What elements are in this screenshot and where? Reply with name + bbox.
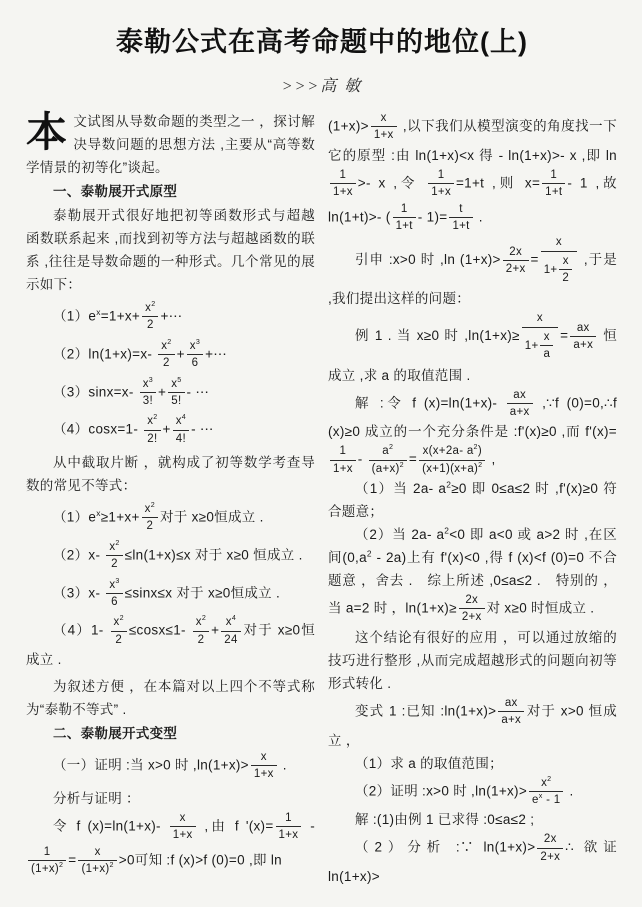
formula-line: （2）x- x22≤ln(1+x)≤x 对于 x≥0 恒成立 . [26,539,315,573]
fraction: 11+x [330,168,356,200]
drop-cap: 本 [26,112,67,152]
fraction: x1+x [170,811,196,843]
paragraph: 分析与证明 ： [26,787,315,810]
paragraph: 这个结论有很好的应用 ，可以通过放缩的技巧进行整形 ,从而完成超越形式的问题向初… [328,626,617,695]
formula-line: （4）cosx=1- x22!+x44!- ⋯ [26,413,315,447]
fraction: x2 [559,254,572,286]
fraction: xa [540,330,553,362]
fraction: x2ex - 1 [529,776,563,808]
fraction: x(1+x)2 [78,845,116,877]
paragraph: 泰勒展开式很好地把初等函数形式与超越函数联系起来 ,而找到初等方法与超越函数的联… [26,204,315,296]
paragraph: （2）当 2a- a2<0 即 a<0 或 a>2 时 ,在区间(0,a2 - … [328,523,617,626]
fraction: axa+x [507,388,533,420]
fraction: 11+x [428,168,454,200]
fraction: x36 [106,578,122,610]
paragraph: （2）证明 :x>0 时 ,ln(1+x)>x2ex - 1 . [328,775,617,809]
formula-line: （4）1- x22≤cosx≤1- x22+x424对于 x≥0恒成立 . [26,614,315,671]
fraction: 11+t [393,202,416,234]
fraction: axa+x [570,321,596,353]
article-columns: 本文试图从导数命题的类型之一 ，探讨解决导数问题的思想方法 ,主要从“高等数学情… [26,110,618,888]
fraction: 1(1+x)2 [28,845,66,877]
formula-line: （2）ln(1+x)=x- x22+x36+⋯ [26,338,315,372]
formula-line: （1）ex=1+x+x22+⋯ [26,300,315,334]
fraction: x22 [193,615,209,647]
paragraph: 例 1 . 当 x≥0 时 ,ln(1+x)≥x1+xa=axa+x 恒成立 ,… [328,310,617,386]
fraction: t1+t [449,202,472,234]
fraction: 2x2+x [459,593,485,625]
lead-paragraph: 本文试图从导数命题的类型之一 ，探讨解决导数问题的思想方法 ,主要从“高等数学情… [26,110,315,179]
fraction: x22 [142,502,158,534]
article-page: 泰勒公式在高考命题中的地位(上) >>>高 敏 本文试图从导数命题的类型之一 ，… [0,0,642,907]
paragraph: （1）求 a 的取值范围； [328,752,617,775]
fraction: x55! [168,377,184,409]
paragraph: 解 :(1)由例 1 已求得 :0≤a≤2 ; [328,808,617,831]
paragraph: (1+x)>x1+x ,以下我们从模型演变的角度找一下它的原型 :由 ln(1+… [328,110,617,234]
paragraph: 令 f (x)=ln(1+x)- x1+x ,由 f '(x)=11+x - 1… [26,810,315,878]
fraction: x1+x [251,750,277,782]
formula-line: （3）sinx=x- x33!+x55!- ⋯ [26,376,315,410]
right-column: (1+x)>x1+x ,以下我们从模型演变的角度找一下它的原型 :由 ln(1+… [328,110,617,888]
paragraph: 从中截取片断 ，就构成了初等数学考查导数的常见不等式： [26,451,315,497]
fraction: x1+x2 [541,235,577,286]
fraction: x22 [106,540,122,572]
fraction: a2(a+x)2 [369,444,407,476]
fraction: 11+t [542,168,565,200]
fraction: x1+x [371,111,397,143]
paragraph: 解 :令 f (x)=ln(1+x)- axa+x ,∵f (0)=0,∴f (… [328,387,617,478]
paragraph: （1）当 2a- a2≥0 即 0≤a≤2 时 ,f'(x)≥0 符合题意； [328,477,617,523]
fraction: 2x2+x [503,245,529,277]
fraction: x424 [221,615,240,647]
fraction: x36 [187,339,203,371]
fraction: axa+x [498,696,524,728]
paragraph: 为叙述方便 ，在本篇对以上四个不等式称为“泰勒不等式” . [26,675,315,721]
fraction: 11+x [330,444,356,476]
fraction: x22! [144,414,160,446]
fraction: 11+x [276,811,302,843]
fraction: x1+xa [522,311,558,362]
section-heading: 一、泰勒展开式原型 [26,180,315,203]
fraction: x44! [173,414,189,446]
fraction: 2x2+x [537,832,563,864]
paragraph: 变式 1 :已知 :ln(1+x)>axa+x对于 x>0 恒成立 ， [328,695,617,752]
fraction: x22 [142,301,158,333]
formula-line: （一）证明 :当 x>0 时 ,ln(1+x)>x1+x . [26,749,315,783]
left-column: 本文试图从导数命题的类型之一 ，探讨解决导数问题的思想方法 ,主要从“高等数学情… [26,110,315,888]
fraction: x33! [140,377,156,409]
fraction: x22 [158,339,174,371]
paragraph: （2）分析 :∵ ln(1+x)>2x2+x∴ 欲证 ln(1+x)> [328,831,617,888]
section-heading: 二、泰勒展开式变型 [26,722,315,745]
fraction: x22 [111,615,127,647]
formula-line: （3）x- x36≤sinx≤x 对于 x≥0恒成立 . [26,577,315,611]
paragraph: 引申 :x>0 时 ,ln (1+x)>2x2+x=x1+x2 ,于是 ,我们提… [328,234,617,310]
article-author: >>>高 敏 [26,73,618,96]
fraction: x(x+2a- a2)(x+1)(x+a)2 [419,444,485,476]
formula-line: （1）ex≥1+x+x22对于 x≥0恒成立 . [26,501,315,535]
article-title: 泰勒公式在高考命题中的地位(上) [26,20,618,59]
